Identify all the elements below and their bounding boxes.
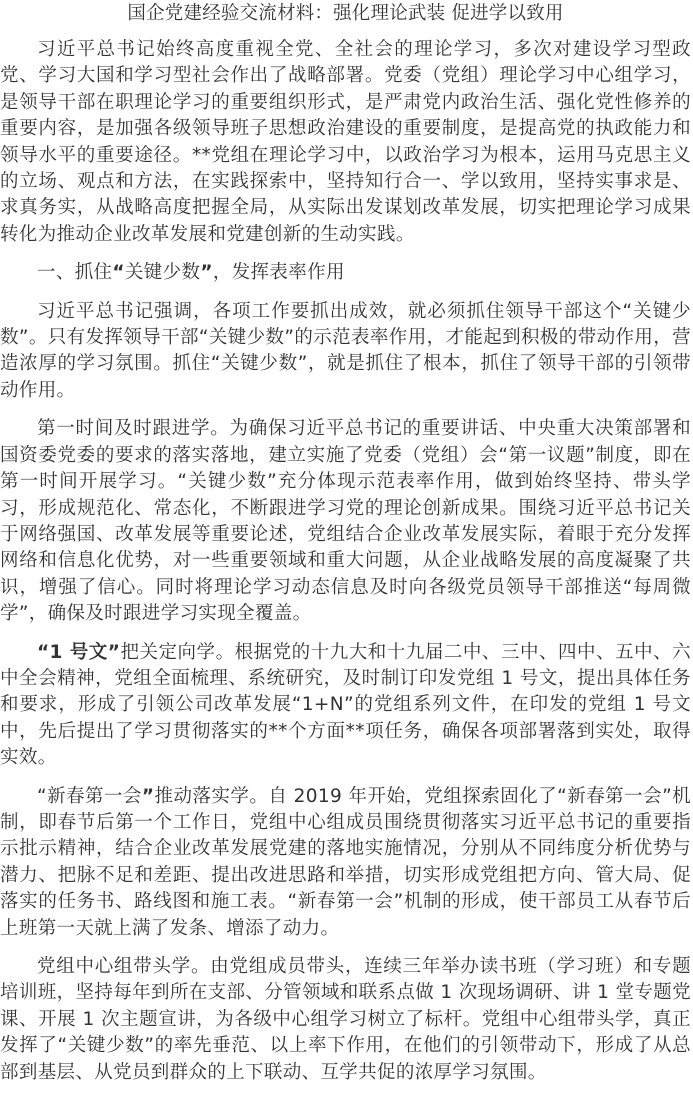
item-paragraph-doc-no1: “1 号文”把关定向学。根据党的十九大和十九届二中、三中、四中、五中、六中全会精… [0, 640, 691, 772]
section-lead-paragraph: 习近平总书记强调，各项工作要抓出成效，就必须抓住领导干部这个“关键少数”。只有发… [0, 299, 691, 405]
item-title-rest: 推动落实学。 [154, 786, 268, 807]
section-heading-suffix: ，发挥表率作用 [213, 262, 345, 283]
item-paragraph-group-lead: 党组中心组带头学。由党组成员带头，连续三年举办读书班（学习班）和专题培训班，坚持… [0, 954, 691, 1086]
section-heading-prefix: 一、抓住 [37, 262, 112, 283]
item-close-quote: ” [142, 786, 155, 807]
item-body: 自 2019 年开始，党组探索固化了“新春第一会”机制，即春节后第一个工作日，党… [0, 786, 691, 939]
heading-close-quote: ” [200, 262, 213, 283]
item-paragraph-first-time: 第一时间及时跟进学。为确保习近平总书记的重要讲话、中央重大决策部署和国资委党委的… [0, 416, 691, 627]
intro-paragraph: 习近平总书记始终高度重视全党、全社会的理论学习，多次对建设学习型政党、学习大国和… [0, 37, 691, 248]
item-title: 党组中心组带头学。 [37, 956, 210, 977]
item-title: 第一时间及时跟进学。 [37, 418, 229, 439]
item-open-quote: “ [37, 786, 47, 807]
item-title-rest: 把关定向学。 [120, 642, 234, 663]
section-heading: 一、抓住“关键少数”，发挥表率作用 [0, 260, 691, 286]
item-key-term: 1 号文 [50, 642, 108, 663]
document: 国企党建经验交流材料：强化理论武装 促进学以致用 习近平总书记始终高度重视全党、… [0, 0, 693, 1086]
heading-open-quote: “ [112, 262, 125, 283]
item-open-quote: “ [37, 642, 50, 663]
item-body: 为确保习近平总书记的重要讲话、中央重大决策部署和国资委党委的要求的落实落地，建立… [0, 418, 691, 624]
heading-key-term: 关键少数 [125, 262, 200, 283]
item-key-term: 新春第一会 [47, 786, 142, 807]
document-title: 国企党建经验交流材料：强化理论武装 促进学以致用 [0, 0, 691, 27]
item-paragraph-spring-meeting: “新春第一会”推动落实学。自 2019 年开始，党组探索固化了“新春第一会”机制… [0, 784, 691, 942]
item-close-quote: ” [108, 642, 121, 663]
